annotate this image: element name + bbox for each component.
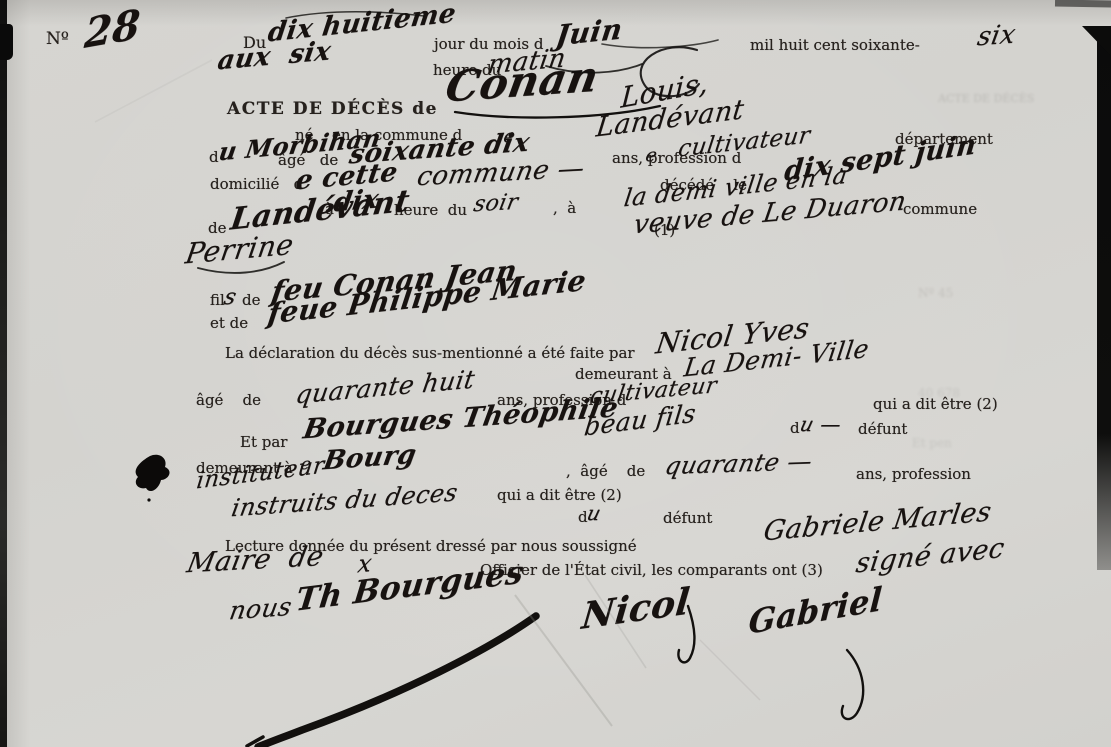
signature-nicol: Nicol	[580, 583, 692, 635]
preprinted-fils-de: de	[242, 292, 260, 309]
witness2-age: quarante —	[663, 449, 815, 478]
preprinted-domicilie: domicilié d	[210, 176, 303, 193]
officier-line: Officier de l'État civil, les comparants…	[480, 562, 823, 579]
preprinted-age-2: âgé de	[196, 392, 261, 409]
death-certificate-scan: NºDujour du mois dmil huit cent soixante…	[0, 0, 1111, 747]
paper-scratch-4	[95, 60, 212, 122]
signature-bourgues-stroke	[258, 616, 536, 747]
preprinted-et-par: Et par	[240, 434, 287, 451]
signature-bourgues: Th Bourgues	[294, 557, 525, 617]
relation-u-2: u	[585, 503, 603, 523]
witness2-residence: Bourg	[321, 442, 418, 475]
relation-u-1: u —	[798, 414, 844, 434]
bleedthrough-words: Et pen	[912, 436, 952, 450]
preprinted-age-3: , âgé de	[566, 463, 645, 480]
domicile-commune: commune —	[415, 155, 587, 190]
nous-word: nous	[228, 594, 294, 624]
preprinted-defunt-1: défunt	[858, 421, 907, 438]
witness-relation-line: instruits du deces	[230, 480, 460, 520]
record-year-six: six	[975, 21, 1017, 50]
preprinted-virgule-a: , à	[553, 200, 576, 217]
decedent-surname: Conan	[442, 55, 601, 108]
scan-edge-right	[1097, 26, 1111, 570]
bleedthrough-figures: 40 678	[918, 386, 960, 400]
ink-blot	[136, 455, 170, 491]
preprinted-commune-2: commune	[903, 201, 977, 218]
ink-speck	[147, 498, 150, 501]
spouse-firstname: Perrine	[183, 231, 295, 269]
record-hour: aux six	[216, 38, 333, 74]
death-commune: Landévant	[229, 186, 412, 235]
preprinted-year: mil huit cent soixante-	[750, 37, 920, 54]
signature-bourgues-stroke-tip	[247, 737, 263, 746]
bleedthrough-title: ACTE DE DÉCÈS	[938, 92, 1034, 105]
pen-strokes-overlay	[0, 0, 1111, 747]
signature-gabriel: Gabriel	[748, 582, 884, 638]
paper-scratch-3	[700, 640, 760, 700]
declarant-age: quarante huit	[294, 366, 477, 407]
preprinted-defunt-2: défunt	[663, 510, 712, 527]
signature-gabriel-tail	[842, 650, 863, 719]
declaration-line: La déclaration du décès sus-mentionné a …	[225, 345, 635, 362]
act-title: ACTE DE DÉCÈS de	[227, 100, 438, 119]
scan-edge-left-notch	[0, 24, 13, 60]
record-number: 28	[83, 4, 142, 55]
preprinted-profession-3: ans, profession	[856, 466, 971, 483]
death-hour-period: soir	[472, 192, 520, 217]
scan-edge-left	[0, 0, 7, 747]
officer-title: Maire de	[185, 543, 326, 577]
bleedthrough-number: Nº 45	[918, 286, 953, 300]
signe-avec: signé avec	[854, 534, 1006, 577]
scan-edge-top-sliver	[1055, 0, 1111, 7]
preprinted-et-de: et de	[210, 315, 248, 332]
record-number-label: Nº	[46, 30, 69, 49]
